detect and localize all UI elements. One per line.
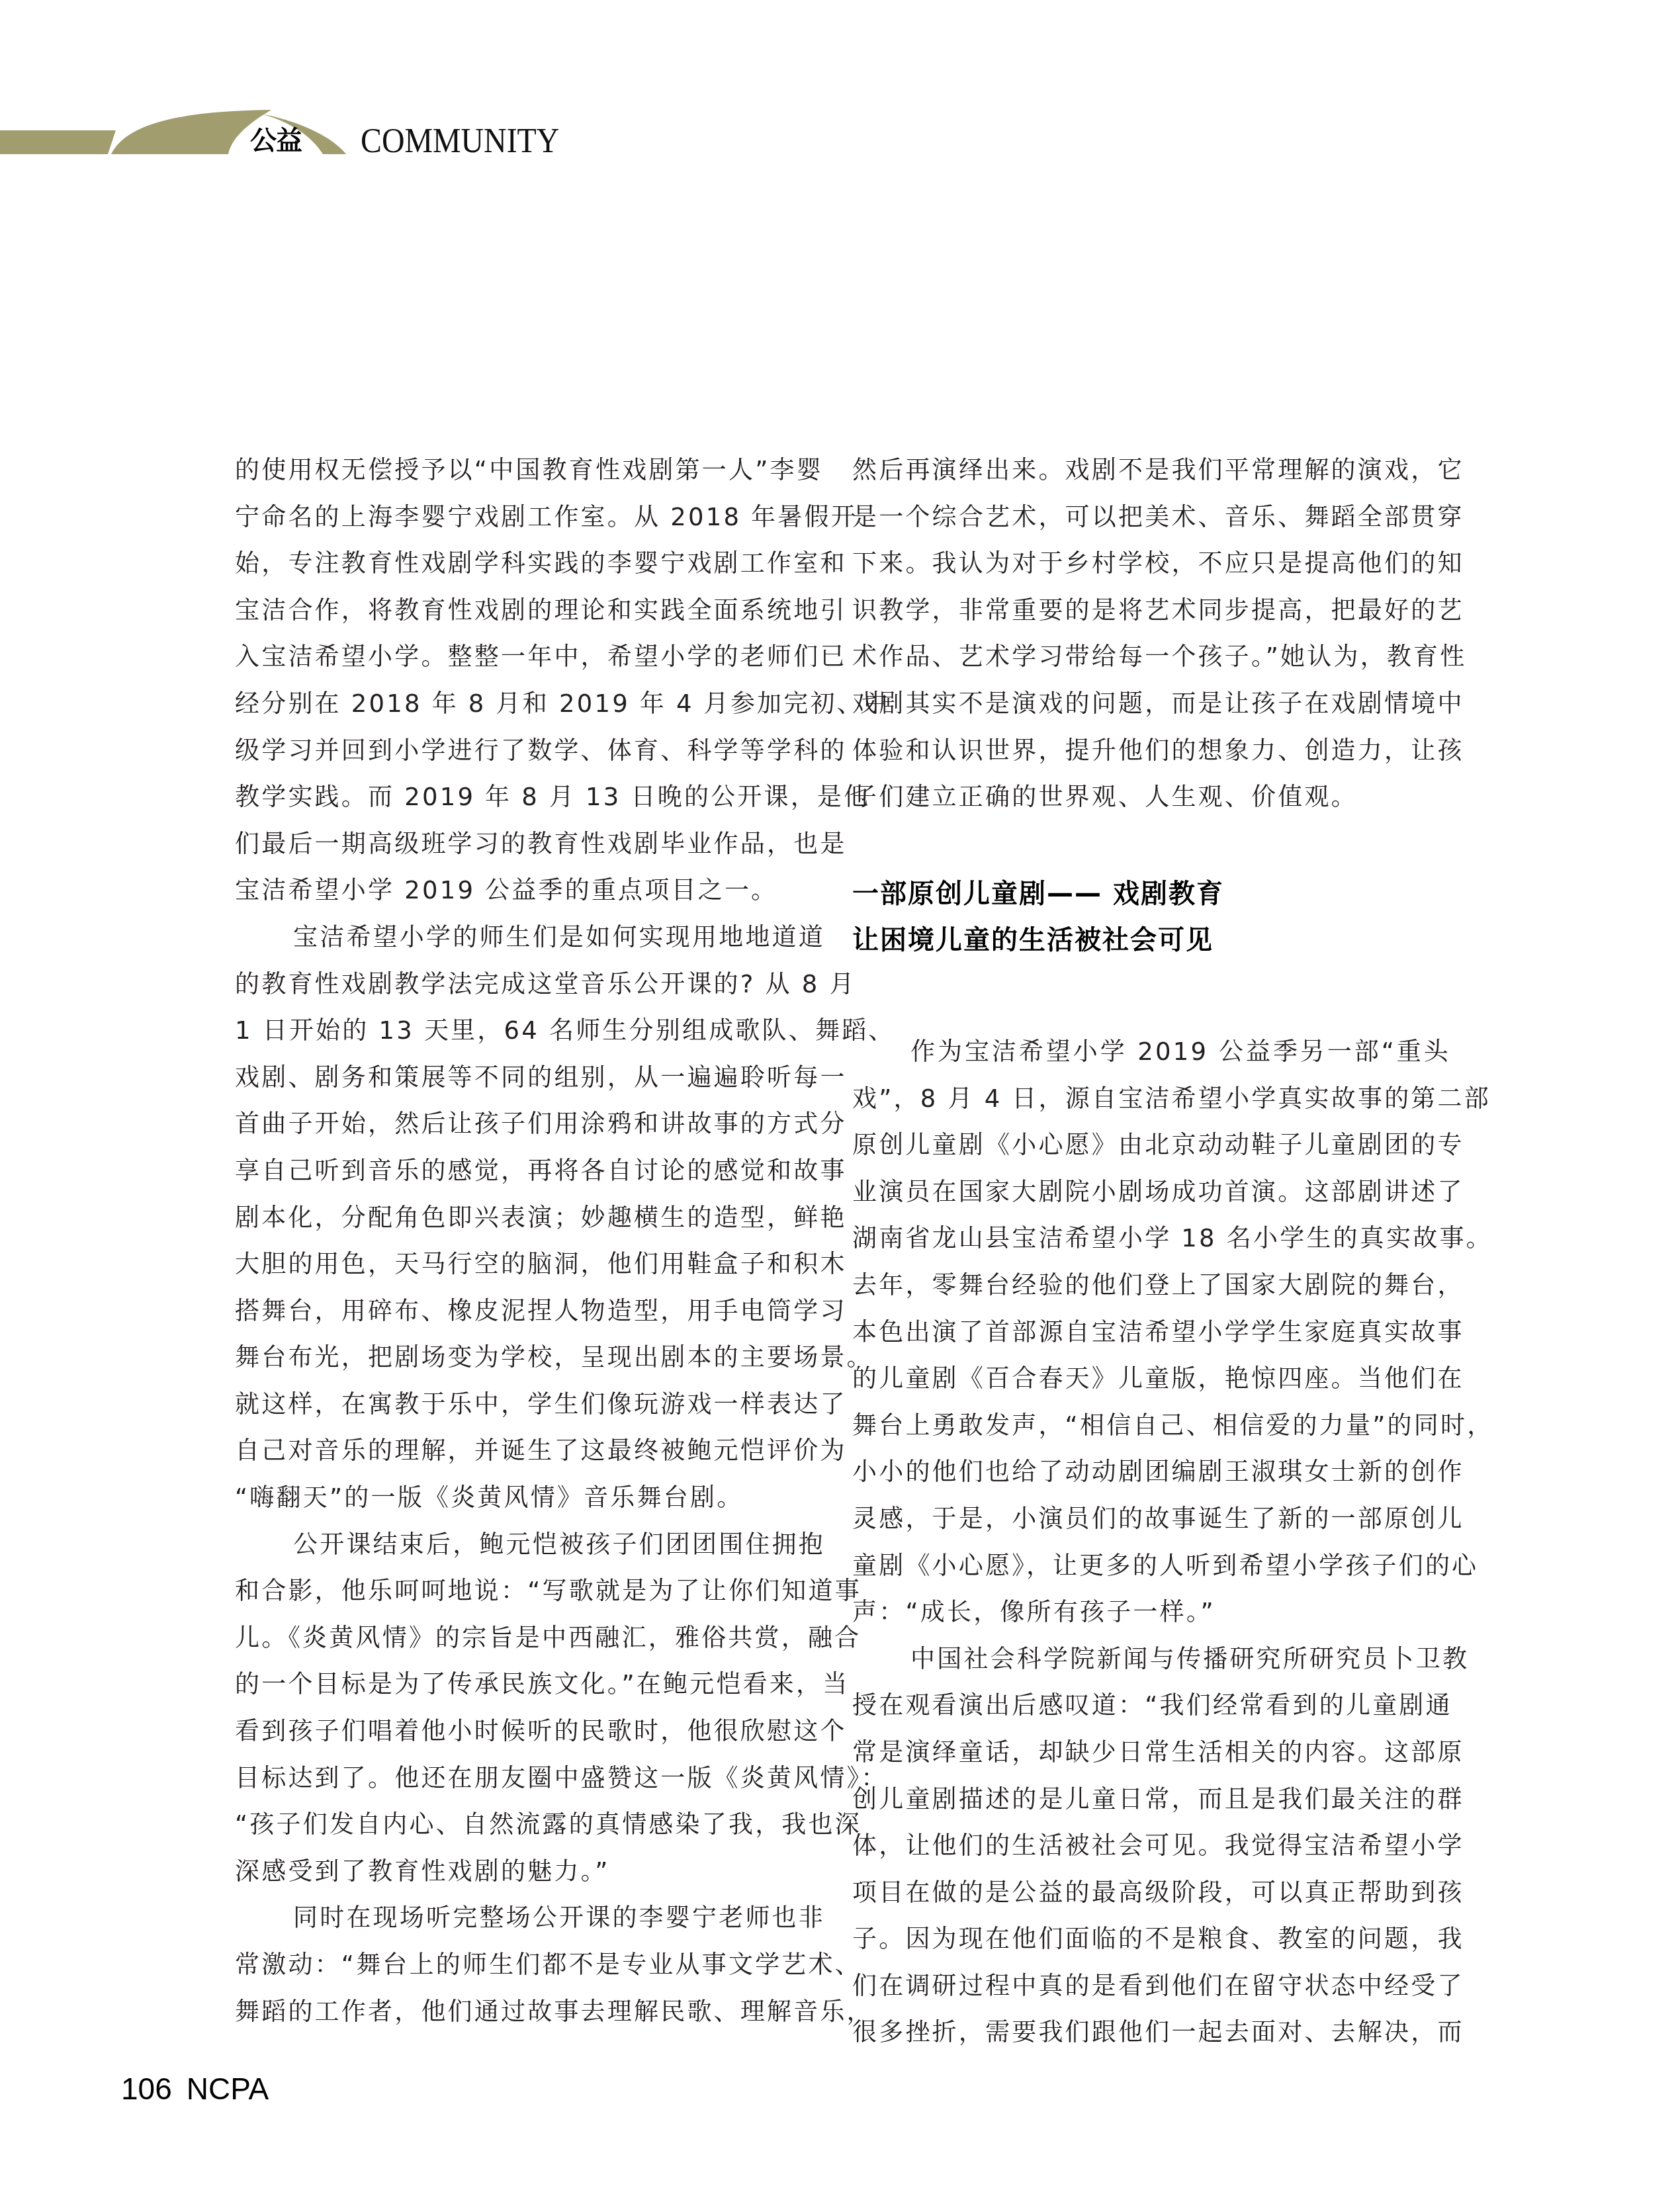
text-line: 目标达到了。他还在朋友圈中盛赞这一版《炎黄风情》： (235, 1755, 820, 1802)
text-line: 作为宝洁希望小学 2019 公益季另一部“重头 (852, 1029, 1450, 1076)
text-line: 的教育性戏剧教学法完成这堂音乐公开课的? 从 8 月 (235, 961, 820, 1008)
text-line: 下来。我认为对于乡村学校，不应只是提高他们的知 (852, 541, 1450, 588)
text-line: 自己对音乐的理解，并诞生了这最终被鲍元恺评价为 (235, 1428, 820, 1475)
text-line: 剧本化，分配角色即兴表演；妙趣横生的造型，鲜艳 (235, 1195, 820, 1242)
text-line: “孩子们发自内心、自然流露的真情感染了我，我也深 (235, 1802, 820, 1849)
text-line: 公开课结束后，鲍元恺被孩子们团团围住拥抱 (235, 1522, 820, 1569)
publication-name: NCPA (187, 2072, 269, 2106)
text-line: 创儿童剧描述的是儿童日常，而且是我们最关注的群 (852, 1776, 1450, 1823)
text-line: 本色出演了首部源自宝洁希望小学学生家庭真实故事 (852, 1309, 1450, 1356)
text-line: 舞台布光，把剧场变为学校，呈现出剧本的主要场景。 (235, 1335, 820, 1381)
text-line: 识教学，非常重要的是将艺术同步提高，把最好的艺 (852, 588, 1450, 635)
text-line: 首曲子开始，然后让孩子们用涂鸦和讲故事的方式分 (235, 1101, 820, 1148)
text-line: 经分别在 2018 年 8 月和 2019 年 4 月参加完初、中 (235, 681, 820, 728)
text-line: 看到孩子们唱着他小时候听的民歌时，他很欣慰这个 (235, 1708, 820, 1755)
text-line: 深感受到了教育性戏剧的魅力。” (235, 1849, 820, 1896)
text-line: 是一个综合艺术，可以把美术、音乐、舞蹈全部贯穿 (852, 494, 1450, 541)
article-left-column: 的使用权无偿授予以“中国教育性戏剧第一人”李婴宁命名的上海李婴宁戏剧工作室。从 … (235, 447, 820, 2035)
text-line: 舞蹈的工作者，他们通过故事去理解民歌、理解音乐， (235, 1989, 820, 2036)
section-heading: 一部原创儿童剧—— 戏剧教育 让困境儿童的生活被社会可见 (852, 871, 1450, 963)
text-line: 去年，零舞台经验的他们登上了国家大剧院的舞台， (852, 1262, 1450, 1309)
text-line: 大胆的用色，天马行空的脑洞，他们用鞋盒子和积木 (235, 1241, 820, 1288)
text-line: 灵感，于是，小演员们的故事诞生了新的一部原创儿 (852, 1496, 1450, 1543)
text-line: 宝洁合作，将教育性戏剧的理论和实践全面系统地引 (235, 588, 820, 635)
text-line: 就这样，在寓教于乐中，学生们像玩游戏一样表达了 (235, 1381, 820, 1428)
text-line: 授在观看演出后感叹道：“我们经常看到的儿童剧通 (852, 1683, 1450, 1729)
text-line: 声：“成长，像所有孩子一样。” (852, 1589, 1450, 1636)
text-line: 常是演绎童话，却缺少日常生活相关的内容。这部原 (852, 1729, 1450, 1776)
text-line: 享自己听到音乐的感觉，再将各自讨论的感觉和故事 (235, 1148, 820, 1195)
text-line: 常激动：“舞台上的师生们都不是专业从事文学艺术、 (235, 1942, 820, 1989)
text-line: 始，专注教育性戏剧学科实践的李婴宁戏剧工作室和 (235, 541, 820, 588)
text-line: 的使用权无偿授予以“中国教育性戏剧第一人”李婴 (235, 447, 820, 494)
text-line: 和合影，他乐呵呵地说：“写歌就是为了让你们知道事 (235, 1568, 820, 1615)
text-line: 湖南省龙山县宝洁希望小学 18 名小学生的真实故事。 (852, 1215, 1450, 1262)
page-number: 106 (121, 2072, 172, 2106)
section-label-cn: 公益 (250, 126, 302, 155)
text-line: 然后再演绎出来。戏剧不是我们平常理解的演戏，它 (852, 447, 1450, 494)
text-line: 1 日开始的 13 天里，64 名师生分别组成歌队、舞蹈、 (235, 1008, 820, 1055)
text-line: 子们建立正确的世界观、人生观、价值观。 (852, 774, 1450, 821)
text-line: 戏”，8 月 4 日，源自宝洁希望小学真实故事的第二部 (852, 1076, 1450, 1123)
text-line: 舞台上勇敢发声，“相信自己、相信爱的力量”的同时， (852, 1403, 1450, 1450)
text-line: 中国社会科学院新闻与传播研究所研究员卜卫教 (852, 1636, 1450, 1683)
text-line: 入宝洁希望小学。整整一年中，希望小学的老师们已 (235, 634, 820, 681)
text-line: 的儿童剧《百合春天》儿童版，艳惊四座。当他们在 (852, 1356, 1450, 1403)
text-line: 体，让他们的生活被社会可见。我觉得宝洁希望小学 (852, 1823, 1450, 1870)
text-line: 戏剧其实不是演戏的问题，而是让孩子在戏剧情境中 (852, 681, 1450, 728)
text-line: 儿。《炎黄风情》的宗旨是中西融汇，雅俗共赏，融合 (235, 1615, 820, 1662)
text-line: 宝洁希望小学的师生们是如何实现用地地道道 (235, 914, 820, 961)
text-line: 级学习并回到小学进行了数学、体育、科学等学科的 (235, 728, 820, 775)
text-line: 们最后一期高级班学习的教育性戏剧毕业作品，也是 (235, 821, 820, 868)
text-line: 戏剧、剧务和策展等不同的组别，从一遍遍聆听每一 (235, 1055, 820, 1102)
section-label-en: COMMUNITY (361, 123, 559, 160)
text-line: 原创儿童剧《小心愿》由北京动动鞋子儿童剧团的专 (852, 1122, 1450, 1169)
text-line: 搭舞台，用碎布、橡皮泥捏人物造型，用手电筒学习 (235, 1288, 820, 1335)
text-line: “嗨翻天”的一版《炎黄风情》音乐舞台剧。 (235, 1475, 820, 1522)
article-right-column-top: 然后再演绎出来。戏剧不是我们平常理解的演戏，它是一个综合艺术，可以把美术、音乐、… (852, 447, 1450, 821)
text-line: 业演员在国家大剧院小剧场成功首演。这部剧讲述了 (852, 1169, 1450, 1216)
page-footer: 106NCPA (121, 2072, 283, 2105)
text-line: 同时在现场听完整场公开课的李婴宁老师也非 (235, 1895, 820, 1942)
text-line: 宁命名的上海李婴宁戏剧工作室。从 2018 年暑假开 (235, 494, 820, 541)
text-line: 体验和认识世界，提升他们的想象力、创造力，让孩 (852, 728, 1450, 775)
text-line: 很多挫折，需要我们跟他们一起去面对、去解决，而 (852, 2009, 1450, 2056)
text-line: 术作品、艺术学习带给每一个孩子。”她认为，教育性 (852, 634, 1450, 681)
section-heading-line-1: 一部原创儿童剧—— 戏剧教育 (852, 871, 1450, 917)
article-right-column-bottom: 作为宝洁希望小学 2019 公益季另一部“重头戏”，8 月 4 日，源自宝洁希望… (852, 1029, 1450, 2056)
text-line: 宝洁希望小学 2019 公益季的重点项目之一。 (235, 867, 820, 914)
section-heading-line-2: 让困境儿童的生活被社会可见 (852, 917, 1450, 963)
text-line: 项目在做的是公益的最高级阶段，可以真正帮助到孩 (852, 1870, 1450, 1917)
text-line: 小小的他们也给了动动剧团编剧王淑琪女士新的创作 (852, 1449, 1450, 1496)
text-line: 教学实践。而 2019 年 8 月 13 日晚的公开课，是他 (235, 774, 820, 821)
text-line: 们在调研过程中真的是看到他们在留守状态中经受了 (852, 1963, 1450, 2010)
text-line: 子。因为现在他们面临的不是粮食、教室的问题，我 (852, 1916, 1450, 1963)
text-line: 的一个目标是为了传承民族文化。”在鲍元恺看来，当 (235, 1661, 820, 1708)
text-line: 童剧《小心愿》，让更多的人听到希望小学孩子们的心 (852, 1543, 1450, 1590)
